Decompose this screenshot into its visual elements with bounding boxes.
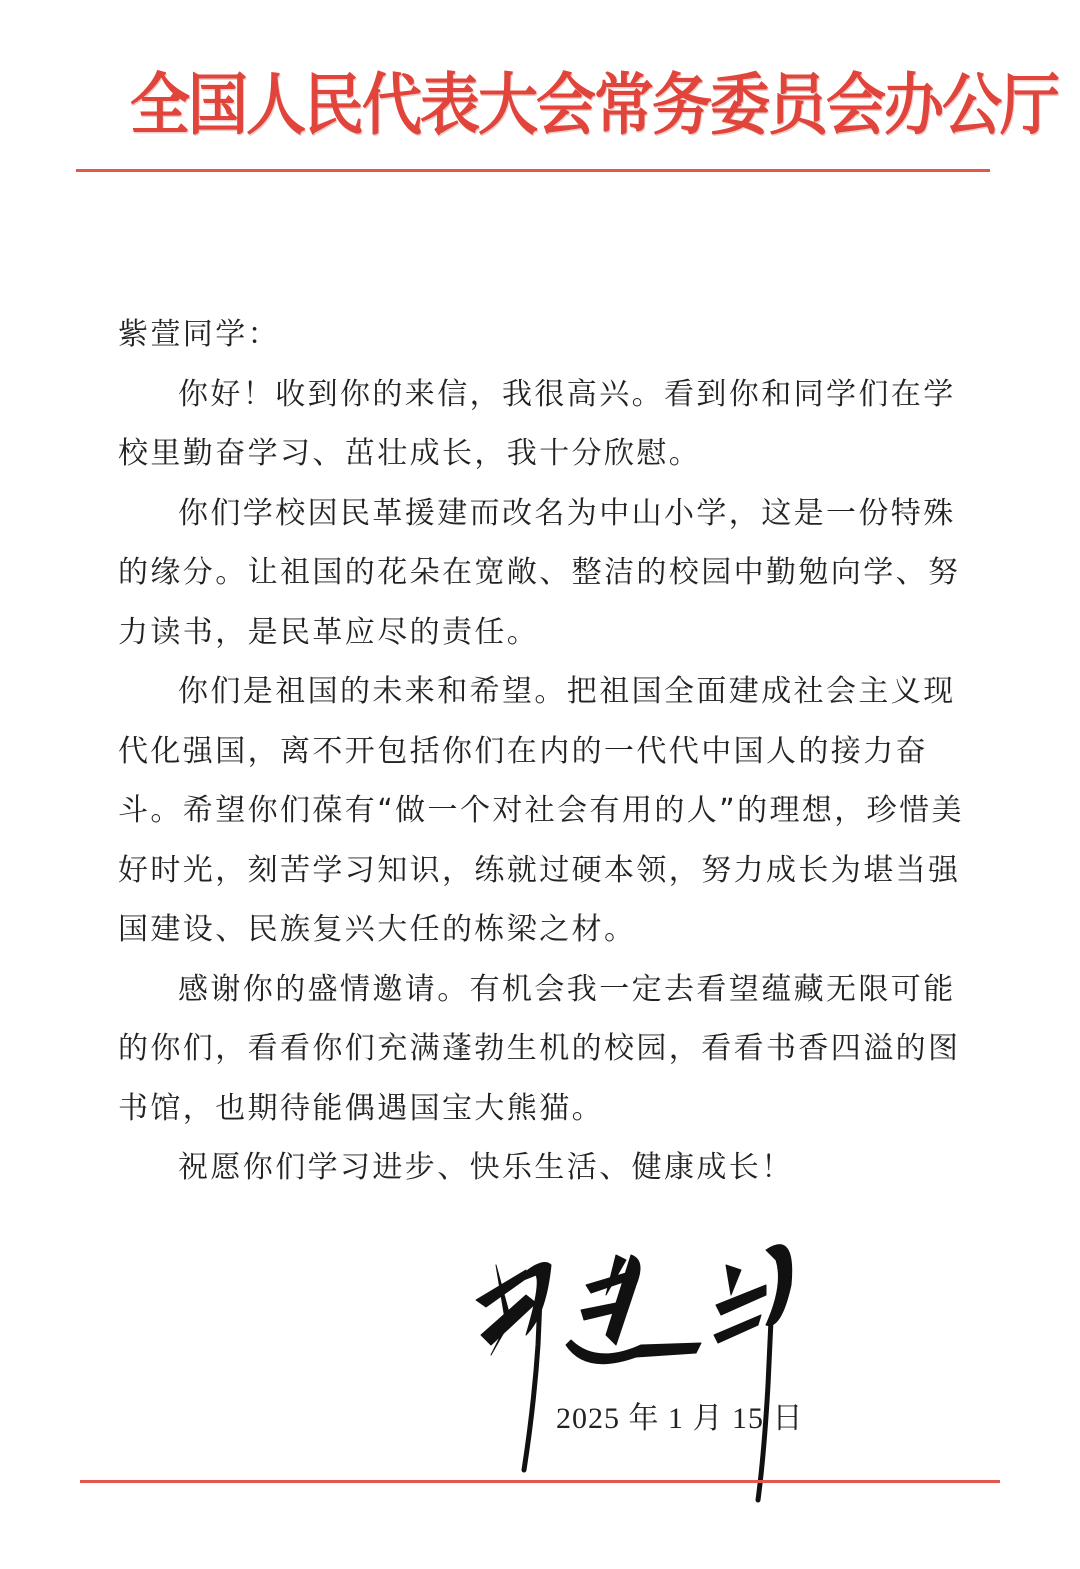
salutation: 紫萱同学：	[118, 305, 968, 365]
footer-divider	[80, 1480, 1000, 1483]
letter-body: 紫萱同学： 你好！收到你的来信，我很高兴。看到你和同学们在学校里勤奋学习、茁壮成…	[118, 305, 968, 1198]
signature-brush-icon	[466, 1225, 826, 1505]
paragraph-thanks: 感谢你的盛情邀请。有机会我一定去看望蕴藏无限可能的你们，看看你们充满蓬勃生机的校…	[118, 960, 968, 1139]
paragraph-school: 你们学校因民革援建而改名为中山小学，这是一份特殊的缘分。让祖国的花朵在宽敞、整洁…	[118, 484, 968, 663]
letterhead-title: 全国人民代表大会常务委员会办公厅	[130, 52, 950, 153]
letter-date: 2025 年 1 月 15 日	[556, 1393, 804, 1437]
paragraph-greeting: 你好！收到你的来信，我很高兴。看到你和同学们在学校里勤奋学习、茁壮成长，我十分欣…	[118, 365, 968, 484]
letterhead-divider	[76, 169, 990, 172]
paragraph-hope: 你们是祖国的未来和希望。把祖国全面建成社会主义现代化强国，离不开包括你们在内的一…	[118, 662, 968, 960]
paragraph-wishes: 祝愿你们学习进步、快乐生活、健康成长！	[118, 1138, 968, 1198]
handwritten-signature	[466, 1225, 826, 1505]
